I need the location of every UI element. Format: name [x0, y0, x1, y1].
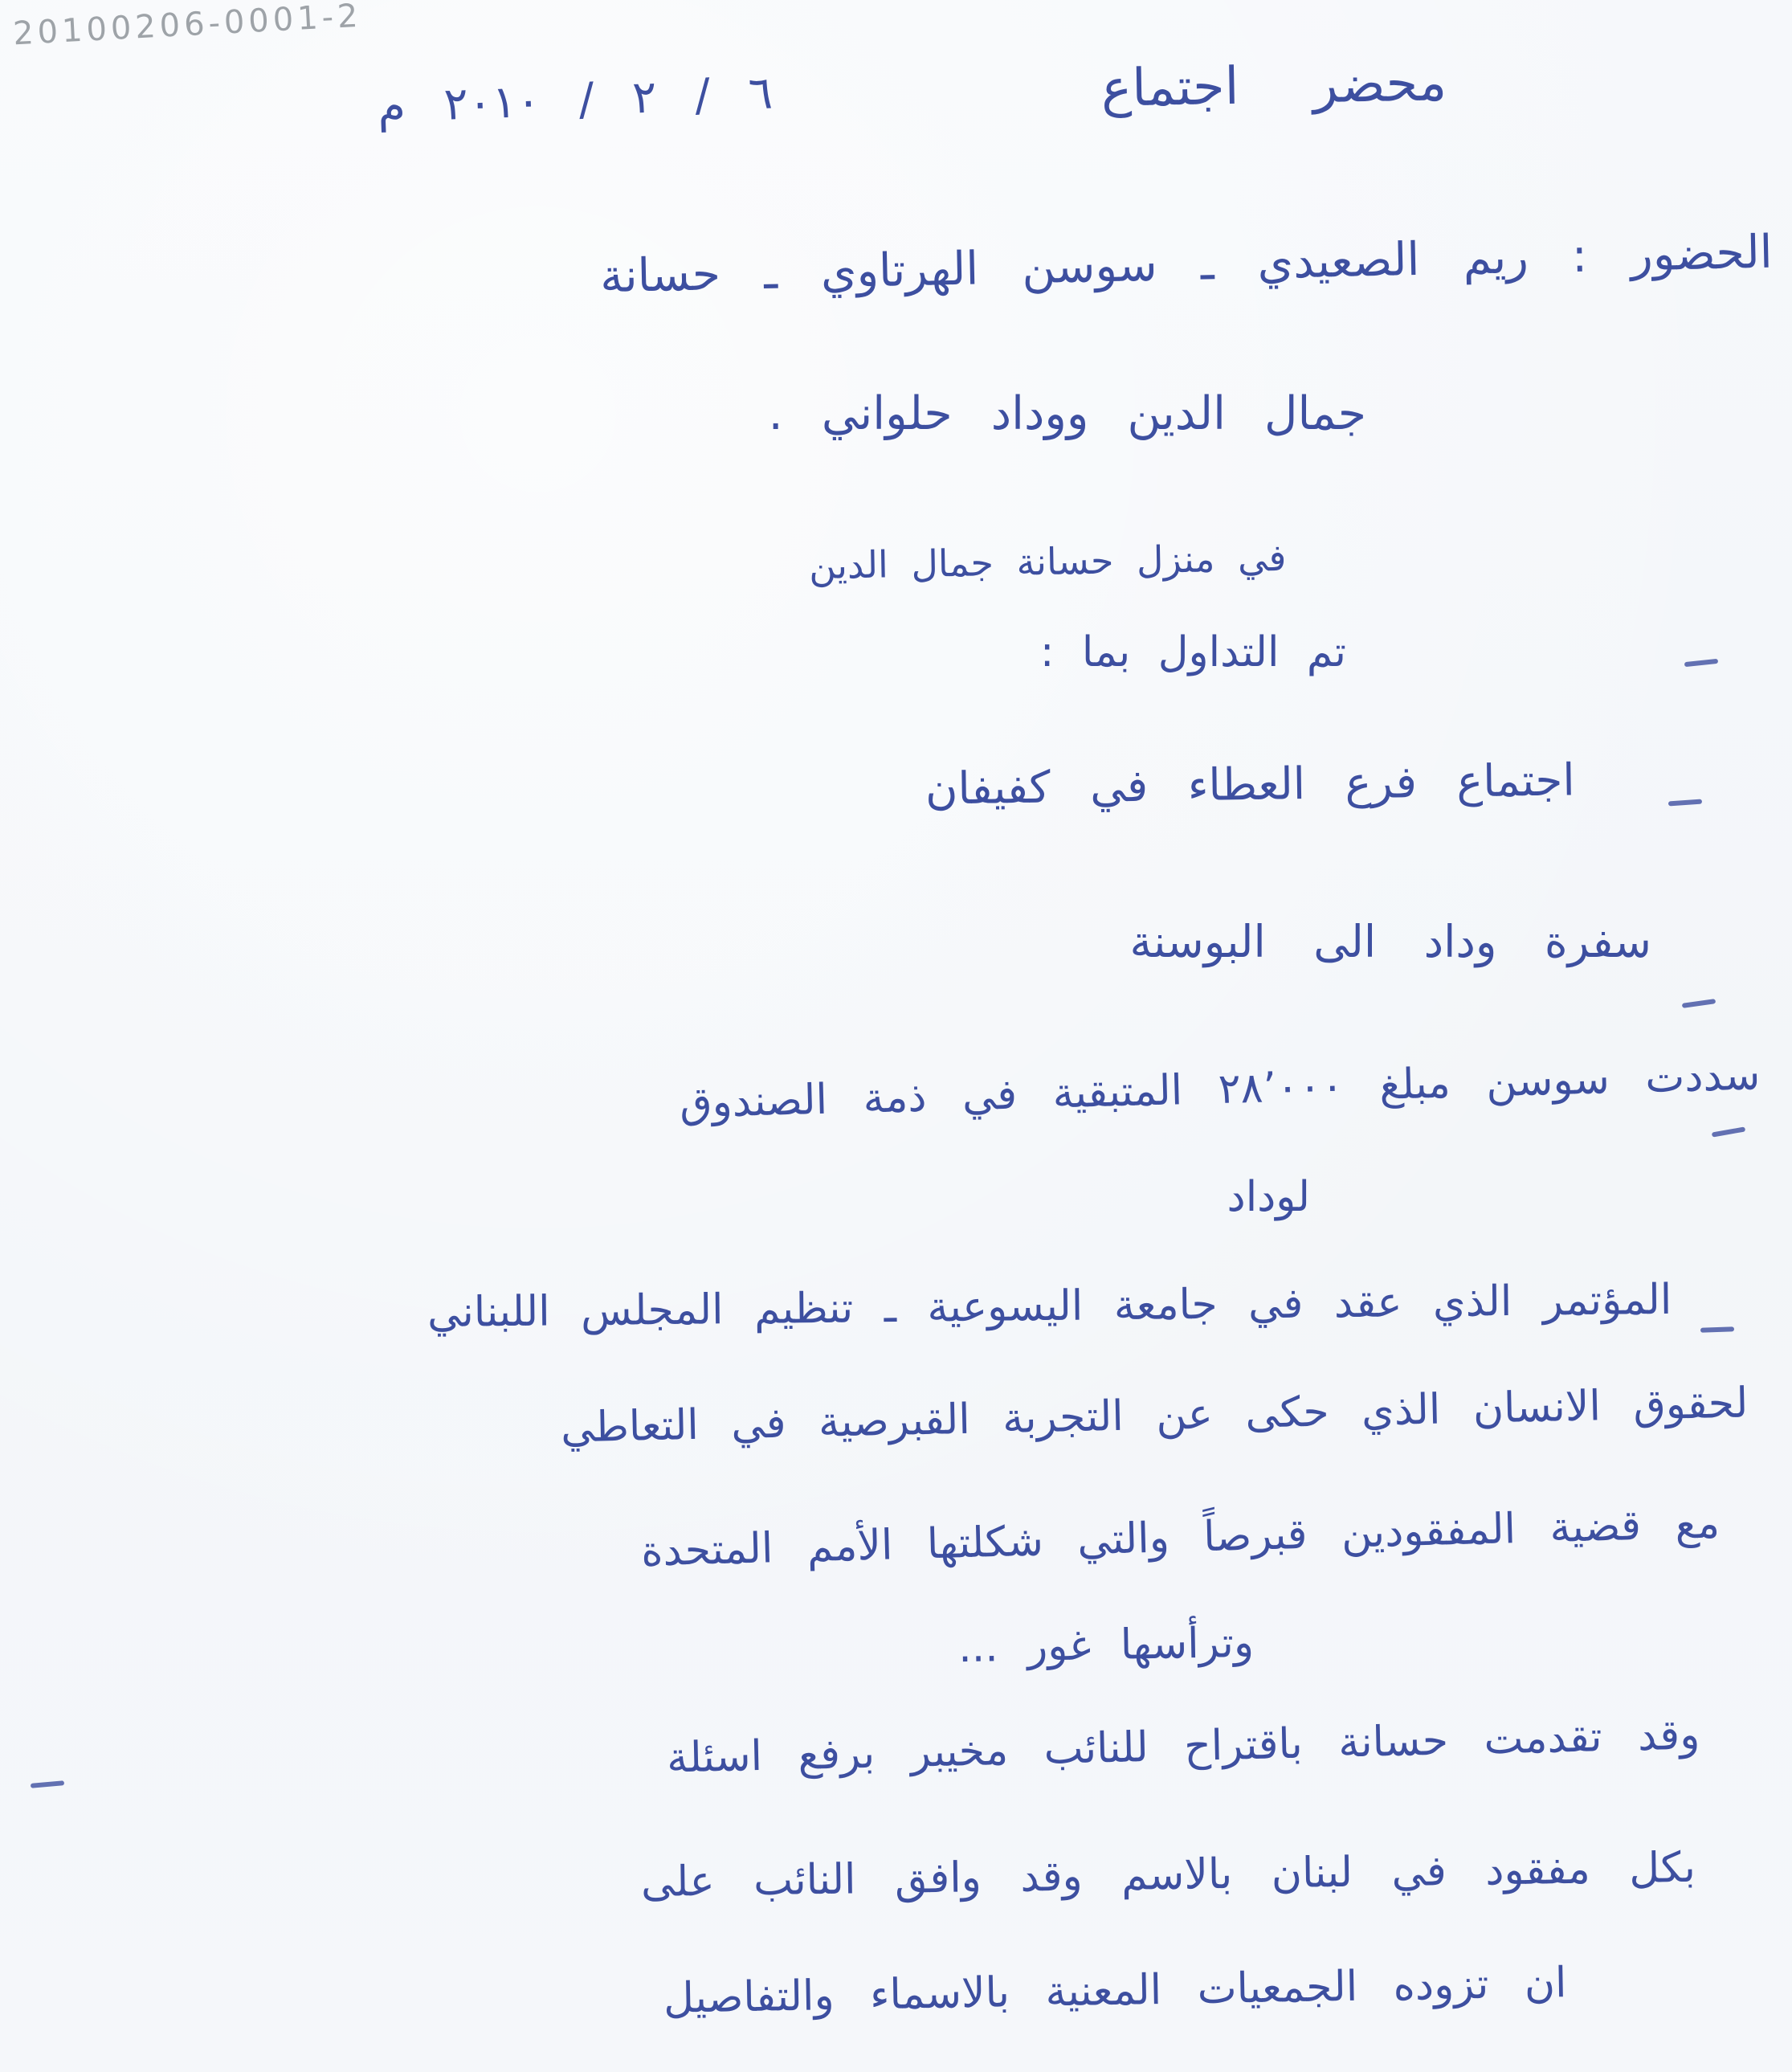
payment-line-1: سددت سوسن مبلغ ٢٨٬٠٠٠ المتبقية في ذمة ال…	[679, 1051, 1761, 1127]
agenda-intro-line: تم التداول بما :	[1040, 628, 1346, 676]
conference-line-3: مع قضية المفقودين قبرصاً والتي شكلتها ال…	[640, 1499, 1720, 1575]
bullet-dash	[1700, 1326, 1734, 1332]
meeting-location-line: في منزل حسانة جمال الدين	[808, 536, 1286, 587]
conference-line-1: المؤتمر الذي عقد في جامعة اليسوعية ـ تنظ…	[427, 1276, 1672, 1337]
attendees-line-2: جمال الدين ووداد حلواني .	[769, 387, 1366, 440]
proposal-line-1: وقد تقدمت حسانة باقتراح للنائب مخيبر برف…	[666, 1710, 1700, 1782]
scanned-document-page: 20100206-0001-2 محضر اجتماع ٦ / ٢ / ٢٠١٠…	[0, 0, 1792, 2072]
bullet-dash	[31, 1780, 64, 1788]
doc-date: ٦ / ٢ / ٢٠١٠ م	[377, 67, 774, 133]
doc-title: محضر اجتماع	[1100, 53, 1447, 118]
agenda-item-bosnia-trip: سفرة وداد الى البوسنة	[1130, 916, 1651, 967]
attendees-line-1: الحضور : ريم الصعيدي ـ سوسن الهرتاوي ـ ح…	[600, 226, 1774, 304]
proposal-line-2: بكل مفقود في لبنان بالاسم وقد وافق النائ…	[641, 1844, 1696, 1906]
bullet-dash	[1684, 659, 1718, 667]
proposal-line-3: ان تزوده الجمعيات المعنية بالاسماء والتف…	[663, 1959, 1567, 2023]
agenda-item-branch-meeting: اجتماع فرع العطاء في كفيفان	[925, 754, 1575, 814]
payment-line-2: لوداد	[1227, 1173, 1310, 1221]
conference-line-2: لحقوق الانسان الذي حكى عن التجربة القبرص…	[560, 1379, 1748, 1453]
bullet-dash	[1712, 1126, 1745, 1137]
scan-id: 20100206-0001-2	[12, 0, 363, 52]
bullet-dash	[1668, 799, 1702, 807]
conference-line-4: وترأسها غور ...	[958, 1619, 1255, 1672]
bullet-dash	[1682, 999, 1716, 1008]
